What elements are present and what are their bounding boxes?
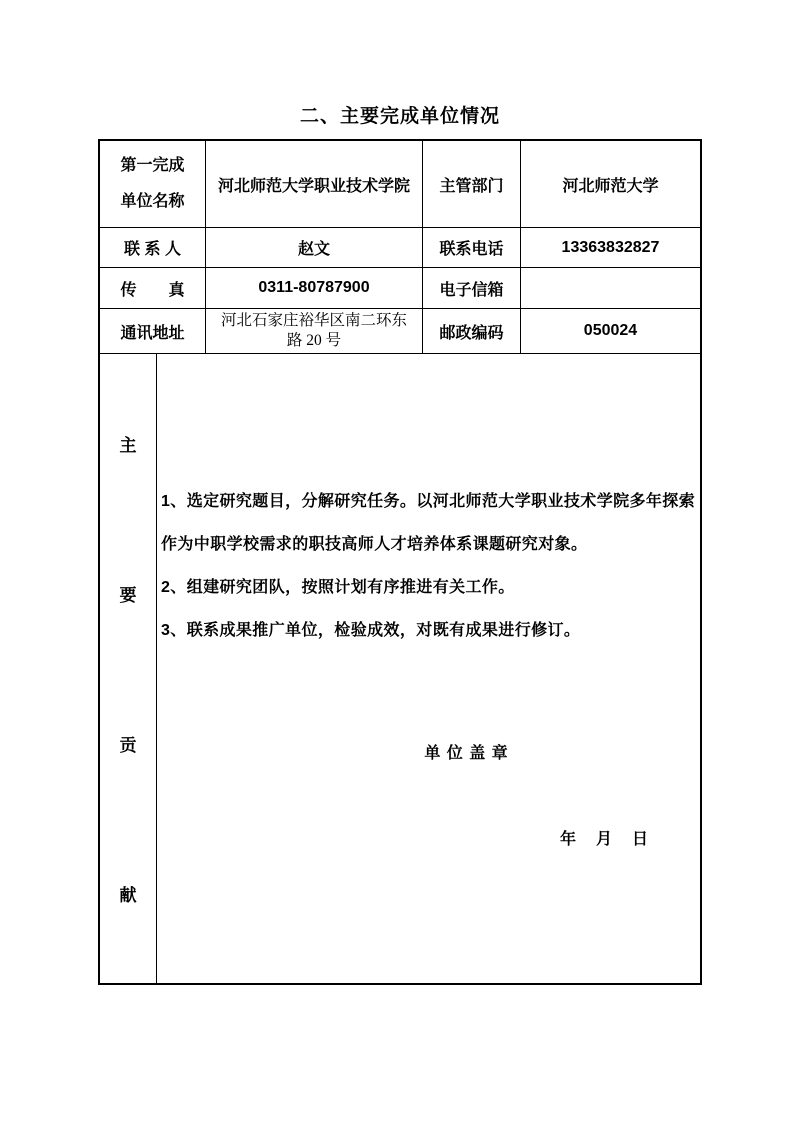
contact-label: 联 系 人 xyxy=(100,228,206,267)
contribution-label-char-4: 献 xyxy=(120,881,137,906)
first-unit-label-line2: 单位名称 xyxy=(120,184,184,220)
table-row-fax: 传 真 0311-80787900 电子信箱 xyxy=(100,268,700,309)
fax-label: 传 真 xyxy=(100,268,206,308)
first-unit-label-line1: 第一完成 xyxy=(120,148,184,184)
fax-value: 0311-80787900 xyxy=(206,268,423,308)
contribution-row-label: 主 要 贡 献 xyxy=(100,354,157,983)
contribution-item-2: 2、组建研究团队，按照计划有序推进有关工作。 xyxy=(161,566,698,609)
email-value xyxy=(521,268,700,308)
address-value: 河北石家庄裕华区南二环东路 20 号 xyxy=(206,309,423,353)
contribution-item-3: 3、联系成果推广单位，检验成效，对既有成果进行修订。 xyxy=(161,609,698,652)
table-row-first-unit: 第一完成 单位名称 河北师范大学职业技术学院 主管部门 河北师范大学 xyxy=(100,141,700,228)
contribution-label-char-1: 主 xyxy=(120,431,137,456)
contact-value: 赵文 xyxy=(206,228,423,267)
contribution-label-char-2: 要 xyxy=(120,581,137,606)
department-value: 河北师范大学 xyxy=(521,141,700,227)
table-row-contact: 联 系 人 赵文 联系电话 13363832827 xyxy=(100,228,700,268)
email-label: 电子信箱 xyxy=(423,268,521,308)
section-title: 二、主要完成单位情况 xyxy=(0,101,800,128)
phone-label: 联系电话 xyxy=(423,228,521,267)
contribution-item-1: 1、选定研究题目，分解研究任务。以河北师范大学职业技术学院多年探索作为中职学校需… xyxy=(161,480,698,566)
phone-value: 13363832827 xyxy=(521,228,700,267)
first-unit-value: 河北师范大学职业技术学院 xyxy=(206,141,423,227)
document-page: 二、主要完成单位情况 第一完成 单位名称 河北师范大学职业技术学院 主管部门 河… xyxy=(0,0,800,1131)
table-row-contribution: 主 要 贡 献 1、选定研究题目，分解研究任务。以河北师范大学职业技术学院多年探… xyxy=(100,354,700,983)
first-unit-label: 第一完成 单位名称 xyxy=(100,141,206,227)
contribution-content: 1、选定研究题目，分解研究任务。以河北师范大学职业技术学院多年探索作为中职学校需… xyxy=(157,354,700,983)
unit-seal-label: 单 位 盖 章 xyxy=(161,742,698,766)
table-row-address: 通讯地址 河北石家庄裕华区南二环东路 20 号 邮政编码 050024 xyxy=(100,309,700,354)
contribution-label-char-3: 贡 xyxy=(120,731,137,756)
address-label: 通讯地址 xyxy=(100,309,206,353)
date-placeholder-label: 年 月 日 xyxy=(161,828,698,852)
unit-info-table: 第一完成 单位名称 河北师范大学职业技术学院 主管部门 河北师范大学 联 系 人… xyxy=(98,139,702,985)
department-label: 主管部门 xyxy=(423,141,521,227)
postal-code-value: 050024 xyxy=(521,309,700,353)
postal-code-label: 邮政编码 xyxy=(423,309,521,353)
contribution-items: 1、选定研究题目，分解研究任务。以河北师范大学职业技术学院多年探索作为中职学校需… xyxy=(161,480,698,652)
